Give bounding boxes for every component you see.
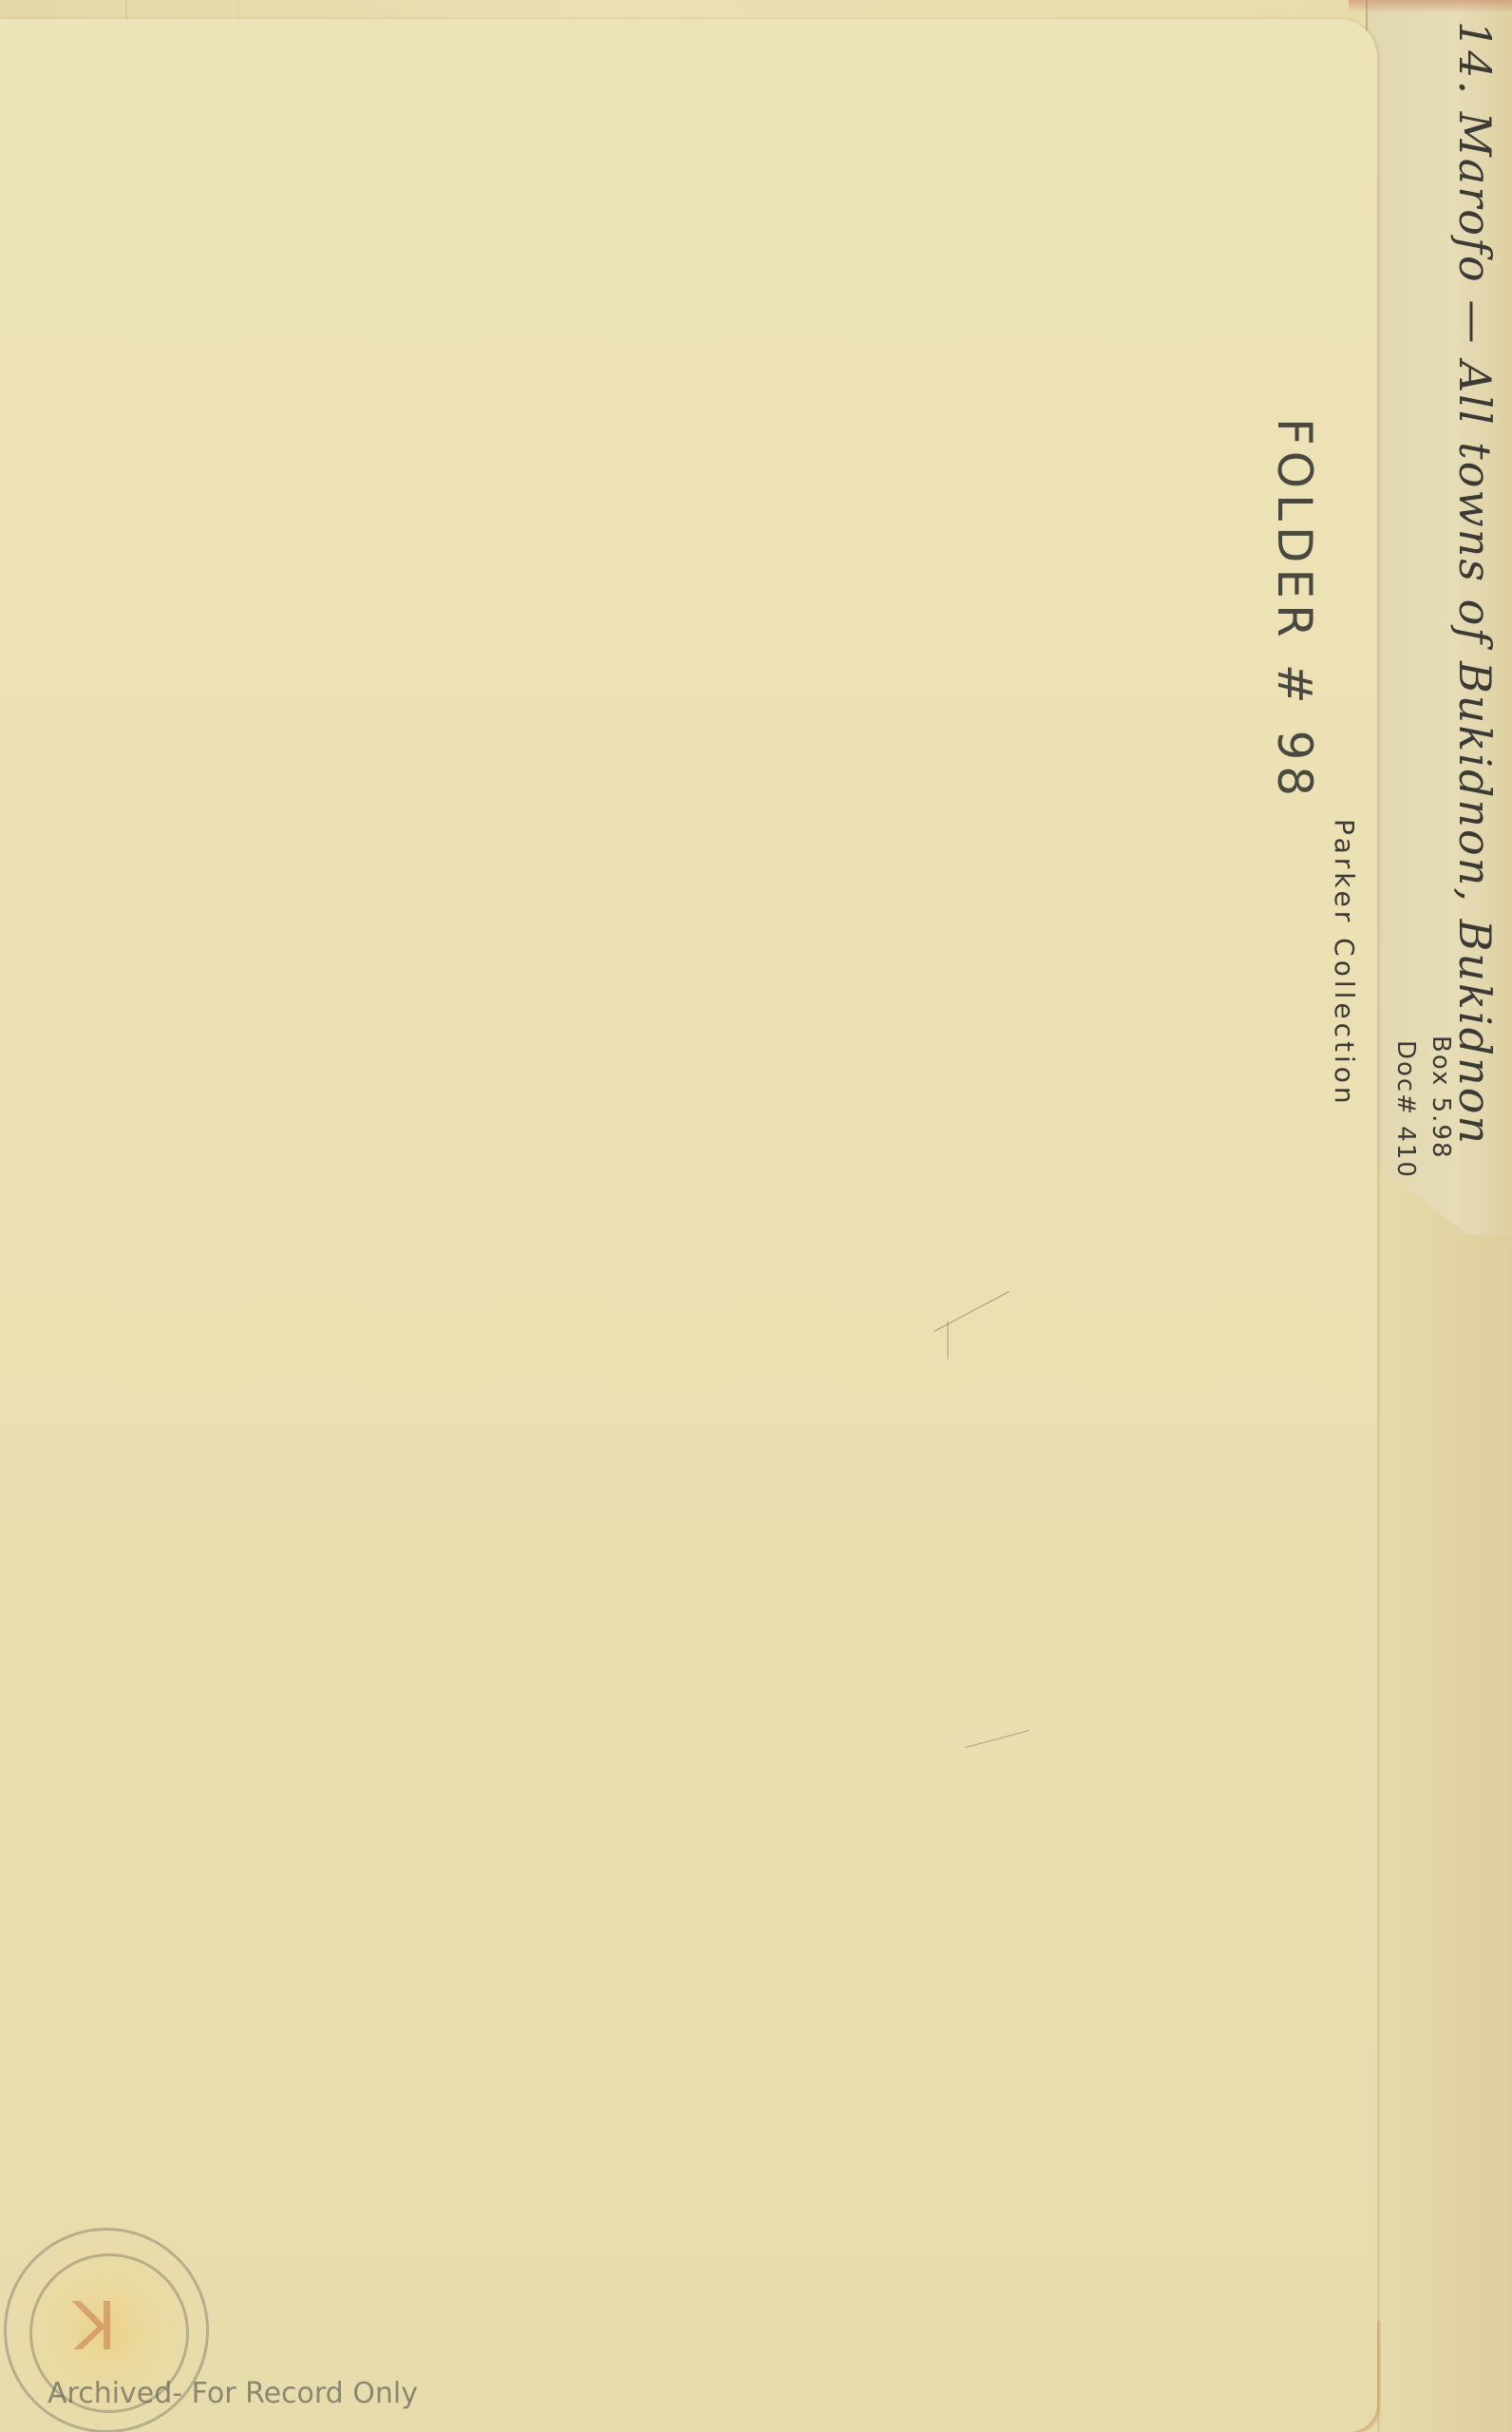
folder-number-label: FOLDER # 98 (1267, 418, 1322, 802)
tab-title: 14. Marofo — All towns of Bukidnon, Buki… (1449, 21, 1501, 1146)
folder-front-flap (0, 19, 1377, 2432)
box-reference: Box 5.98 (1427, 1035, 1455, 1160)
collection-label: Parker Collection (1329, 819, 1360, 1108)
doc-reference: Doc# 410 (1391, 1040, 1420, 1179)
seal-emblem-icon: ꓘ (73, 2288, 117, 2365)
tab-top-edge (1349, 0, 1512, 13)
pencil-mark (948, 1321, 949, 1359)
archive-watermark: Archived- For Record Only (47, 2377, 418, 2410)
